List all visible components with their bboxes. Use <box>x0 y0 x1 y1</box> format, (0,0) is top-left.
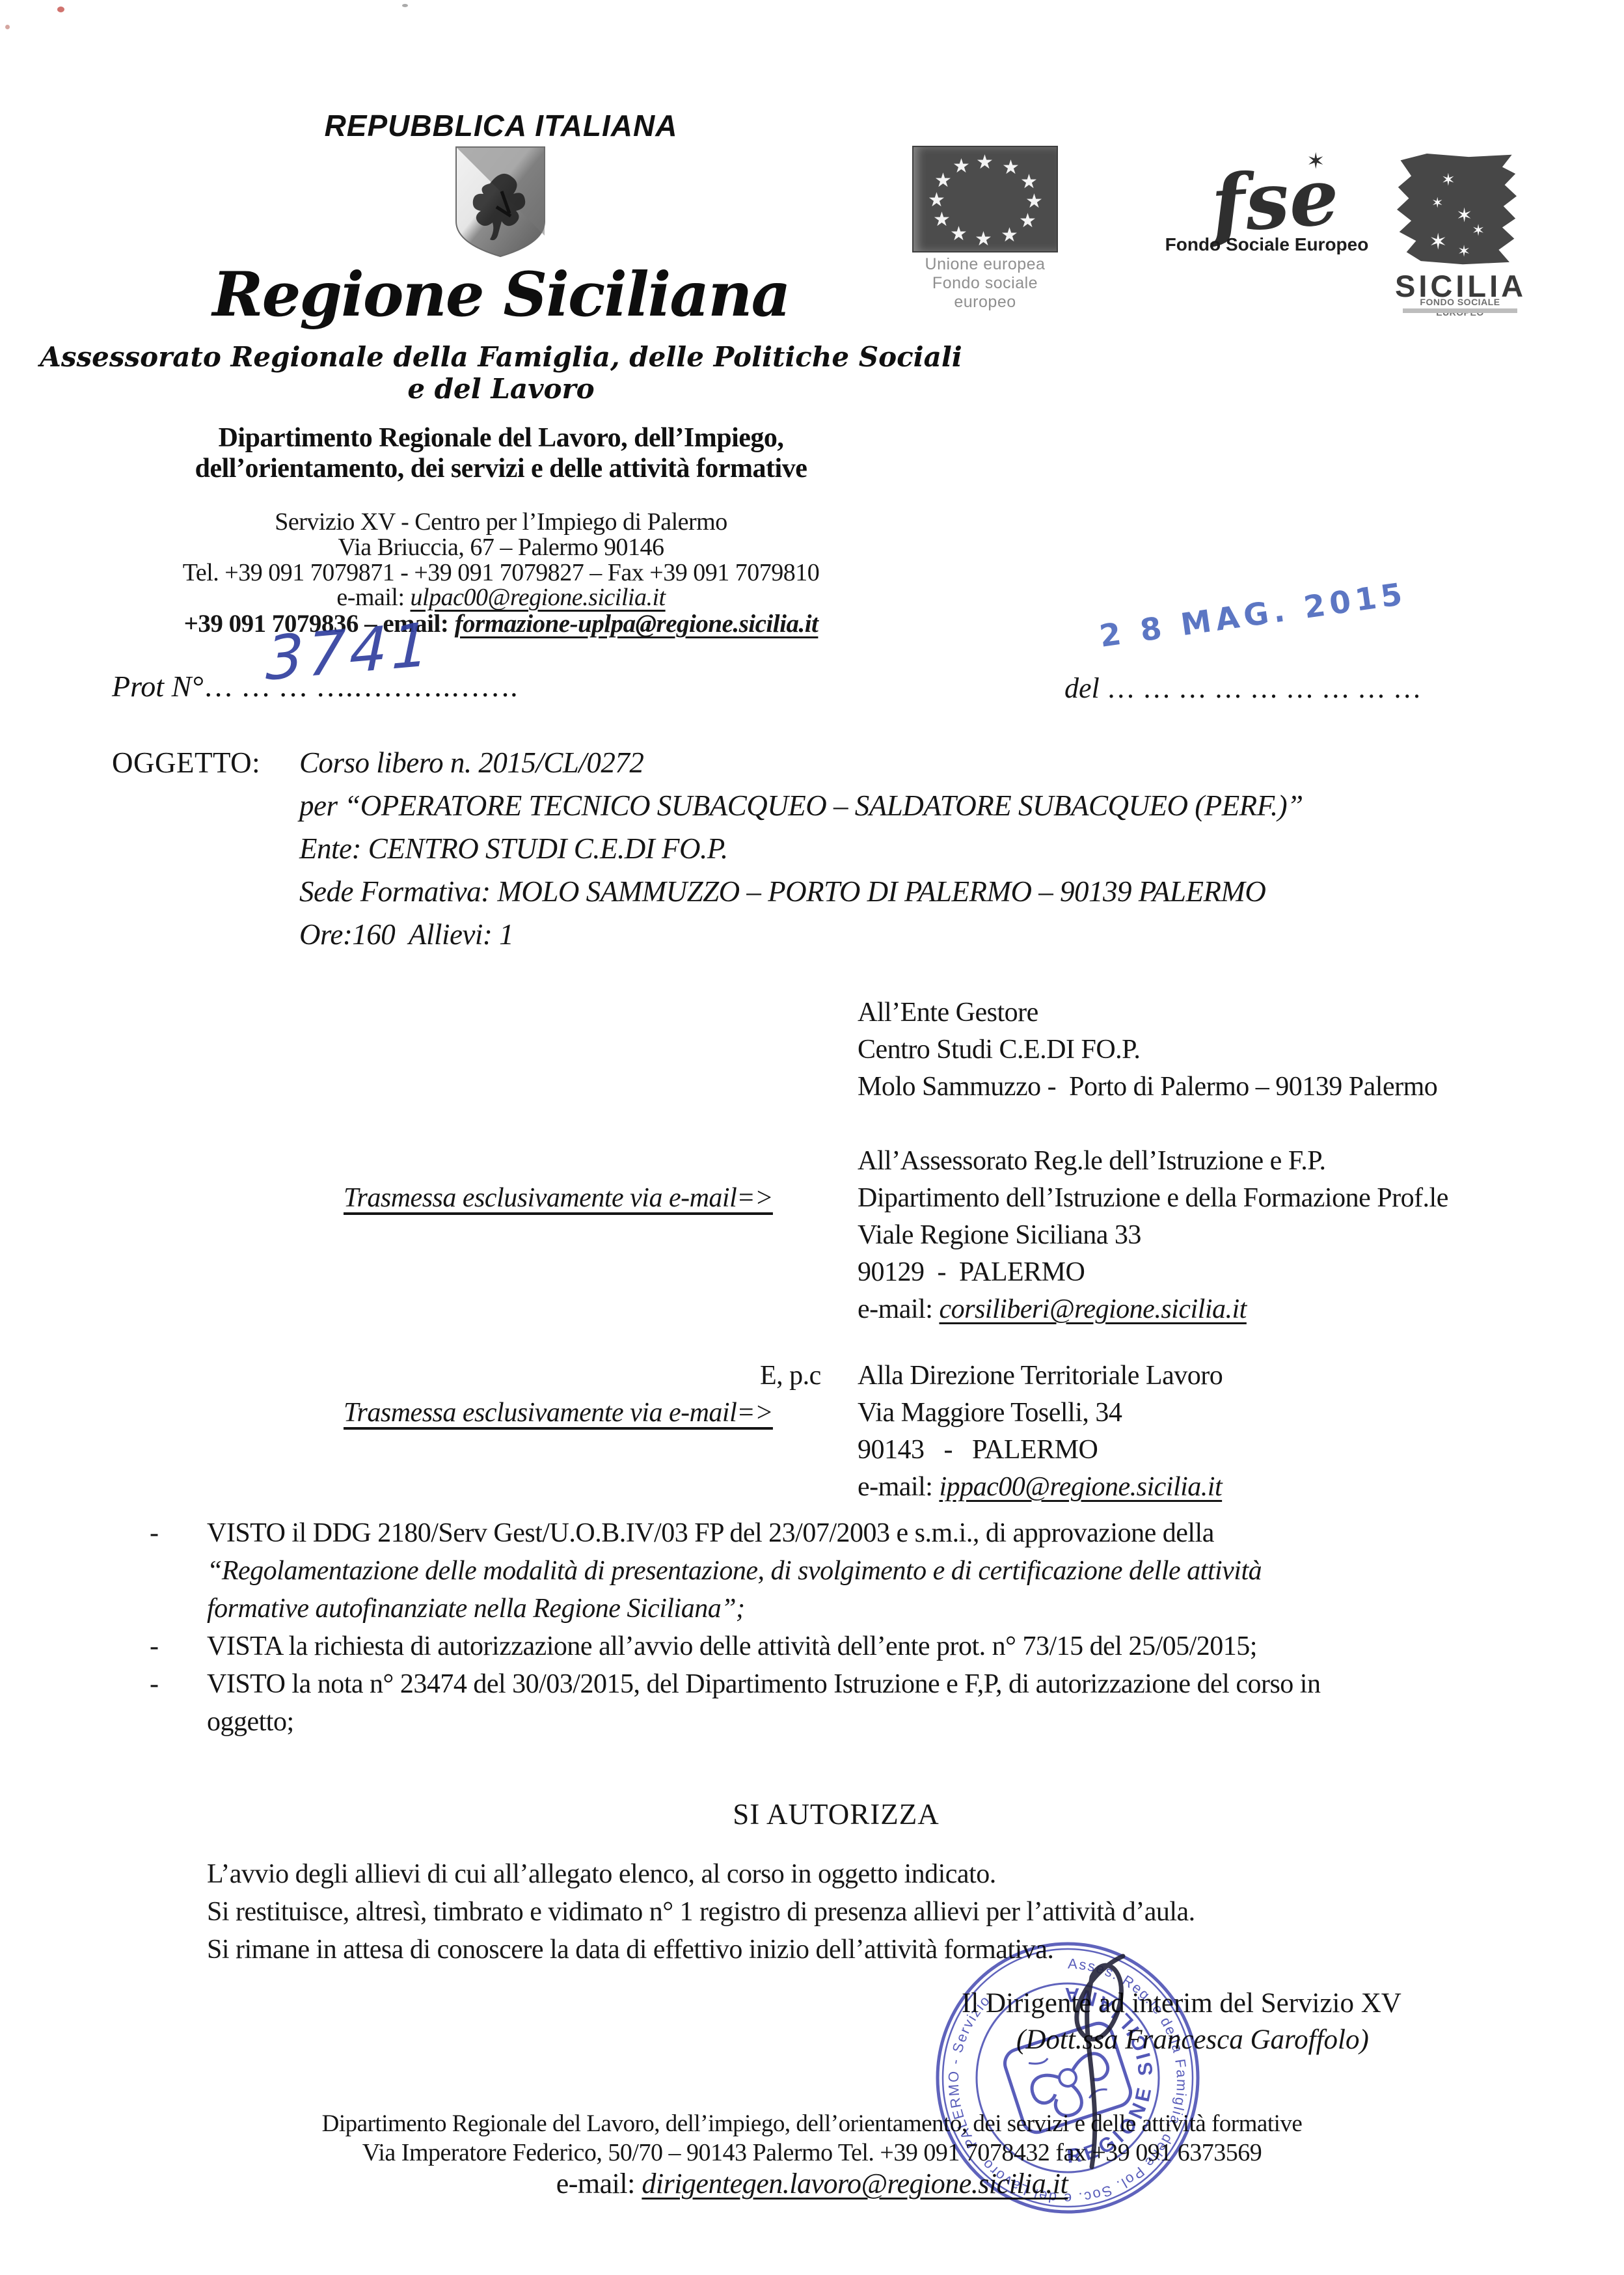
oggetto-line: Sede Formativa: MOLO SAMMUZZO – PORTO DI… <box>299 875 1265 908</box>
region-title: Regione Siciliana <box>13 259 989 331</box>
assessorato-line2: e del Lavoro <box>13 373 989 405</box>
handwritten-protocol-number: 3741 <box>265 609 434 694</box>
list-dash: - <box>150 1631 159 1662</box>
oggetto-line: Corso libero n. 2015/CL/0272 <box>299 746 643 780</box>
list-dash: - <box>150 1518 159 1549</box>
email2-address: formazione-uplpa@regione.sicilia.it <box>455 610 819 638</box>
premise1-line2: “Regolamentazione delle modalità di pres… <box>207 1555 1262 1587</box>
sicilia-logo-star: ✶ <box>1472 221 1485 239</box>
recipient2-line3: Viale Regione Siciliana 33 <box>858 1219 1141 1251</box>
eu-caption-1: Unione europea <box>907 255 1063 274</box>
epc-label: E, p.c <box>760 1360 821 1391</box>
dipartimento-line1: Dipartimento Regionale del Lavoro, dell’… <box>13 423 989 454</box>
assessorato-title: Assessorato Regionale della Famiglia, de… <box>13 341 989 405</box>
oggetto-label: OGGETTO: <box>112 746 260 780</box>
eu-flag-star: ★ <box>975 228 992 251</box>
email-label: e-mail: <box>858 1472 939 1502</box>
recipient3-line3: 90143 - PALERMO <box>858 1434 1098 1465</box>
date-stamp: 2 8 MAG. 2015 <box>1097 576 1409 655</box>
recipient1-line2: Centro Studi C.E.DI FO.P. <box>858 1034 1140 1065</box>
address-line: Via Briuccia, 67 – Palermo 90146 <box>13 533 989 562</box>
dipartimento-title: Dipartimento Regionale del Lavoro, dell’… <box>13 423 989 484</box>
sicilia-logo-star: ✶ <box>1429 229 1448 255</box>
recipient1-line3: Molo Sammuzzo - Porto di Palermo – 90139… <box>858 1071 1437 1102</box>
recipient2-email: corsiliberi@regione.sicilia.it <box>939 1294 1246 1324</box>
eu-caption-2: Fondo sociale europeo <box>907 274 1063 312</box>
premise3-line2: oggetto; <box>207 1706 294 1737</box>
premise2-line1: VISTA la richiesta di autorizzazione all… <box>207 1631 1257 1662</box>
eu-flag-star: ★ <box>950 223 968 245</box>
email1-label: e-mail: <box>336 584 410 611</box>
oggetto-line: per “OPERATORE TECNICO SUBACQUEO – SALDA… <box>299 789 1303 823</box>
email-label: e-mail: <box>556 2168 642 2200</box>
del-label: del <box>1064 672 1107 704</box>
sicilia-logo-star: ✶ <box>1456 204 1472 227</box>
dipartimento-line2: dell’orientamento, dei servizi e delle a… <box>13 454 989 484</box>
republic-title: REPUBBLICA ITALIANA <box>13 108 989 143</box>
sicilia-caption-strip <box>1403 308 1517 313</box>
oggetto-line: Ore:160 Allievi: 1 <box>299 918 513 951</box>
recipient2-line2: Dipartimento dell’Istruzione e della For… <box>858 1182 1448 1214</box>
premise1-line3: formative autofinanziate nella Regione S… <box>207 1593 745 1624</box>
sicilia-caption: FONDO SOCIALE EUROPEO <box>1395 297 1525 318</box>
eu-flag-star: ★ <box>953 155 970 178</box>
scan-artifact <box>5 25 10 29</box>
premise3-line1: VISTO la nota n° 23474 del 30/03/2015, d… <box>207 1669 1320 1700</box>
premise1-line1: VISTO il DDG 2180/Serv Gest/U.O.B.IV/03 … <box>207 1518 1214 1549</box>
fse-logo-star: ✶ <box>1306 148 1325 174</box>
footer-line-1: Dipartimento Regionale del Lavoro, dell’… <box>0 2110 1624 2138</box>
servizio-line: Servizio XV - Centro per l’Impiego di Pa… <box>13 508 989 536</box>
recipient2-line1: All’Assessorato Reg.le dell’Istruzione e… <box>858 1145 1326 1177</box>
sicilia-logo-star: ✶ <box>1441 170 1455 190</box>
del-dots: … … … … … … … … … <box>1107 672 1422 704</box>
recipient1-line1: All’Ente Gestore <box>858 997 1038 1028</box>
recipient3-email: ippac00@regione.sicilia.it <box>939 1472 1222 1502</box>
coat-of-arms <box>451 144 550 259</box>
sicilia-logo-star: ✶ <box>1457 242 1470 260</box>
prot-label: Prot N° <box>112 670 204 703</box>
eu-flag-star: ★ <box>1002 156 1020 179</box>
scan-artifact <box>402 4 408 7</box>
list-dash: - <box>150 1669 159 1700</box>
oggetto-line: Ente: CENTRO STUDI C.E.DI FO.P. <box>299 832 728 865</box>
recipient3-line1: Alla Direzione Territoriale Lavoro <box>858 1360 1223 1391</box>
recipient3-line2: Via Maggiore Toselli, 34 <box>858 1397 1122 1428</box>
eu-flag-star: ★ <box>933 208 951 231</box>
email-line-1: e-mail: ulpac00@regione.sicilia.it <box>13 583 989 612</box>
recipient3-email-line: e-mail: ippac00@regione.sicilia.it <box>858 1471 1222 1503</box>
email-line-2: +39 091 7079836 – email: formazione-uplp… <box>13 609 989 638</box>
del-line: del … … … … … … … … … <box>1064 672 1422 705</box>
prot-dots-after: …. <box>480 670 518 703</box>
recipient2-line4: 90129 - PALERMO <box>858 1257 1085 1288</box>
body-paragraph-3: Si rimane in attesa di conoscere la data… <box>207 1934 1053 1965</box>
footer-line-2: Via Imperatore Federico, 50/70 – 90143 P… <box>0 2138 1624 2167</box>
assessorato-line1: Assessorato Regionale della Famiglia, de… <box>13 341 989 373</box>
scanned-letter-page: REPUBBLICA ITALIANA Regione Siciliana As… <box>0 0 1624 2275</box>
authorization-title: SI AUTORIZZA <box>0 1797 1624 1831</box>
email1-address: ulpac00@regione.sicilia.it <box>411 584 666 611</box>
scan-artifact <box>57 7 64 12</box>
eu-flag-star: ★ <box>1019 210 1036 232</box>
eu-flag-star: ★ <box>934 169 952 192</box>
eu-flag-star: ★ <box>928 189 945 211</box>
transmitted-via-email-label: Trasmessa esclusivamente via e-mail=> <box>344 1397 773 1428</box>
eu-flag-star: ★ <box>976 151 994 174</box>
fse-caption: Fondo Sociale Europeo <box>1159 234 1374 255</box>
round-office-stamp: Asses. Reg.le della Famiglia, delle Pol.… <box>928 1938 1208 2218</box>
footer-email-line: e-mail: dirigentegen.lavoro@regione.sici… <box>0 2167 1624 2200</box>
recipient2-email-line: e-mail: corsiliberi@regione.sicilia.it <box>858 1294 1247 1325</box>
body-paragraph-1: L’avvio degli allievi di cui all’allegat… <box>207 1859 996 1890</box>
sicilia-logo-star: ✶ <box>1431 195 1443 211</box>
eu-flag-star: ★ <box>1001 224 1018 247</box>
body-paragraph-2: Si restituisce, altresì, timbrato e vidi… <box>207 1896 1195 1928</box>
transmitted-via-email-label: Trasmessa esclusivamente via e-mail=> <box>344 1182 773 1214</box>
email-label: e-mail: <box>858 1294 939 1324</box>
